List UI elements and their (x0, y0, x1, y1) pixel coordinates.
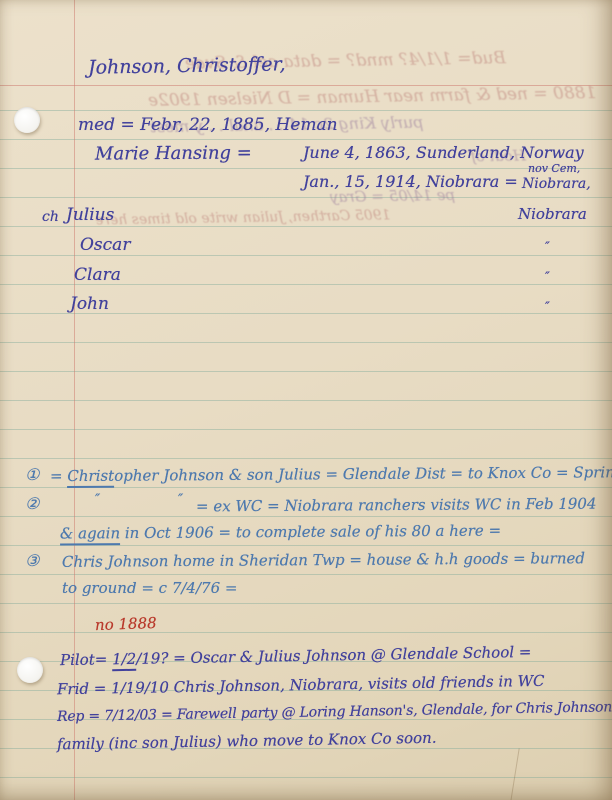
note-line: = ex WC = Niobrara ranchers visits WC in… (196, 496, 597, 515)
child-place-ditto: ″ (545, 301, 550, 315)
child-name: Clara (74, 266, 121, 285)
burial-cemetery-note: nov Cem, (528, 163, 580, 175)
spouse-birth: June 4, 1863, Sunderland, Norway (303, 144, 584, 162)
note-line: to ground = c 7/4/76 = (62, 580, 237, 597)
ditto-mark: ″ (95, 493, 100, 508)
note-underlined-word: Christ (67, 467, 114, 488)
spouse-death: Jan., 15, 1914, Niobrara = (303, 173, 518, 191)
child-place-ditto: ″ (545, 271, 550, 285)
surname-heading: Johnson, Christoffer, (88, 54, 286, 78)
child-name: Julius (66, 206, 114, 225)
news-source: Pilot= (60, 650, 112, 669)
red-annotation: no 1888 (95, 615, 157, 634)
note-line: & again in Oct 1906 = to complete sale o… (60, 522, 501, 542)
note-lead: = (50, 467, 67, 485)
news-underlined-date: 1/2 (112, 650, 137, 671)
note-line: Chris Johnson home in Sheridan Twp = hou… (62, 550, 585, 570)
note-text: in Oct 1906 = to complete sale of his 80… (120, 521, 501, 542)
burial-place: Niobrara, (522, 177, 591, 192)
child-place-ditto: ″ (545, 241, 550, 255)
note-number: ① (25, 466, 39, 484)
marriage-line: med = Febr, 22, 1885, Heman (78, 116, 338, 135)
note-underlined-word: & again (60, 524, 120, 545)
note-number: ③ (25, 552, 39, 570)
note-number: ② (25, 495, 39, 513)
bleed-through-line: 1880 = ned & farm near Human = D Nielsen… (148, 84, 596, 111)
hole-punch-top (14, 107, 40, 133)
spouse-name: Marie Hansing = (95, 143, 252, 164)
note-line: = Christopher Johnson & son Julius = Gle… (50, 464, 612, 485)
ditto-mark: ″ (178, 493, 183, 508)
hole-punch-bottom (17, 657, 43, 683)
note-text: opher Johnson & son Julius = Glendale Di… (114, 463, 612, 485)
child-name: John (70, 295, 109, 314)
notebook-page: Bud= 1/1/4? mnd? = data ael & Svae 1880 … (0, 0, 612, 800)
child-place: Niobrara (518, 206, 587, 223)
children-prefix: ch (42, 210, 59, 225)
child-name: Oscar (80, 236, 130, 255)
